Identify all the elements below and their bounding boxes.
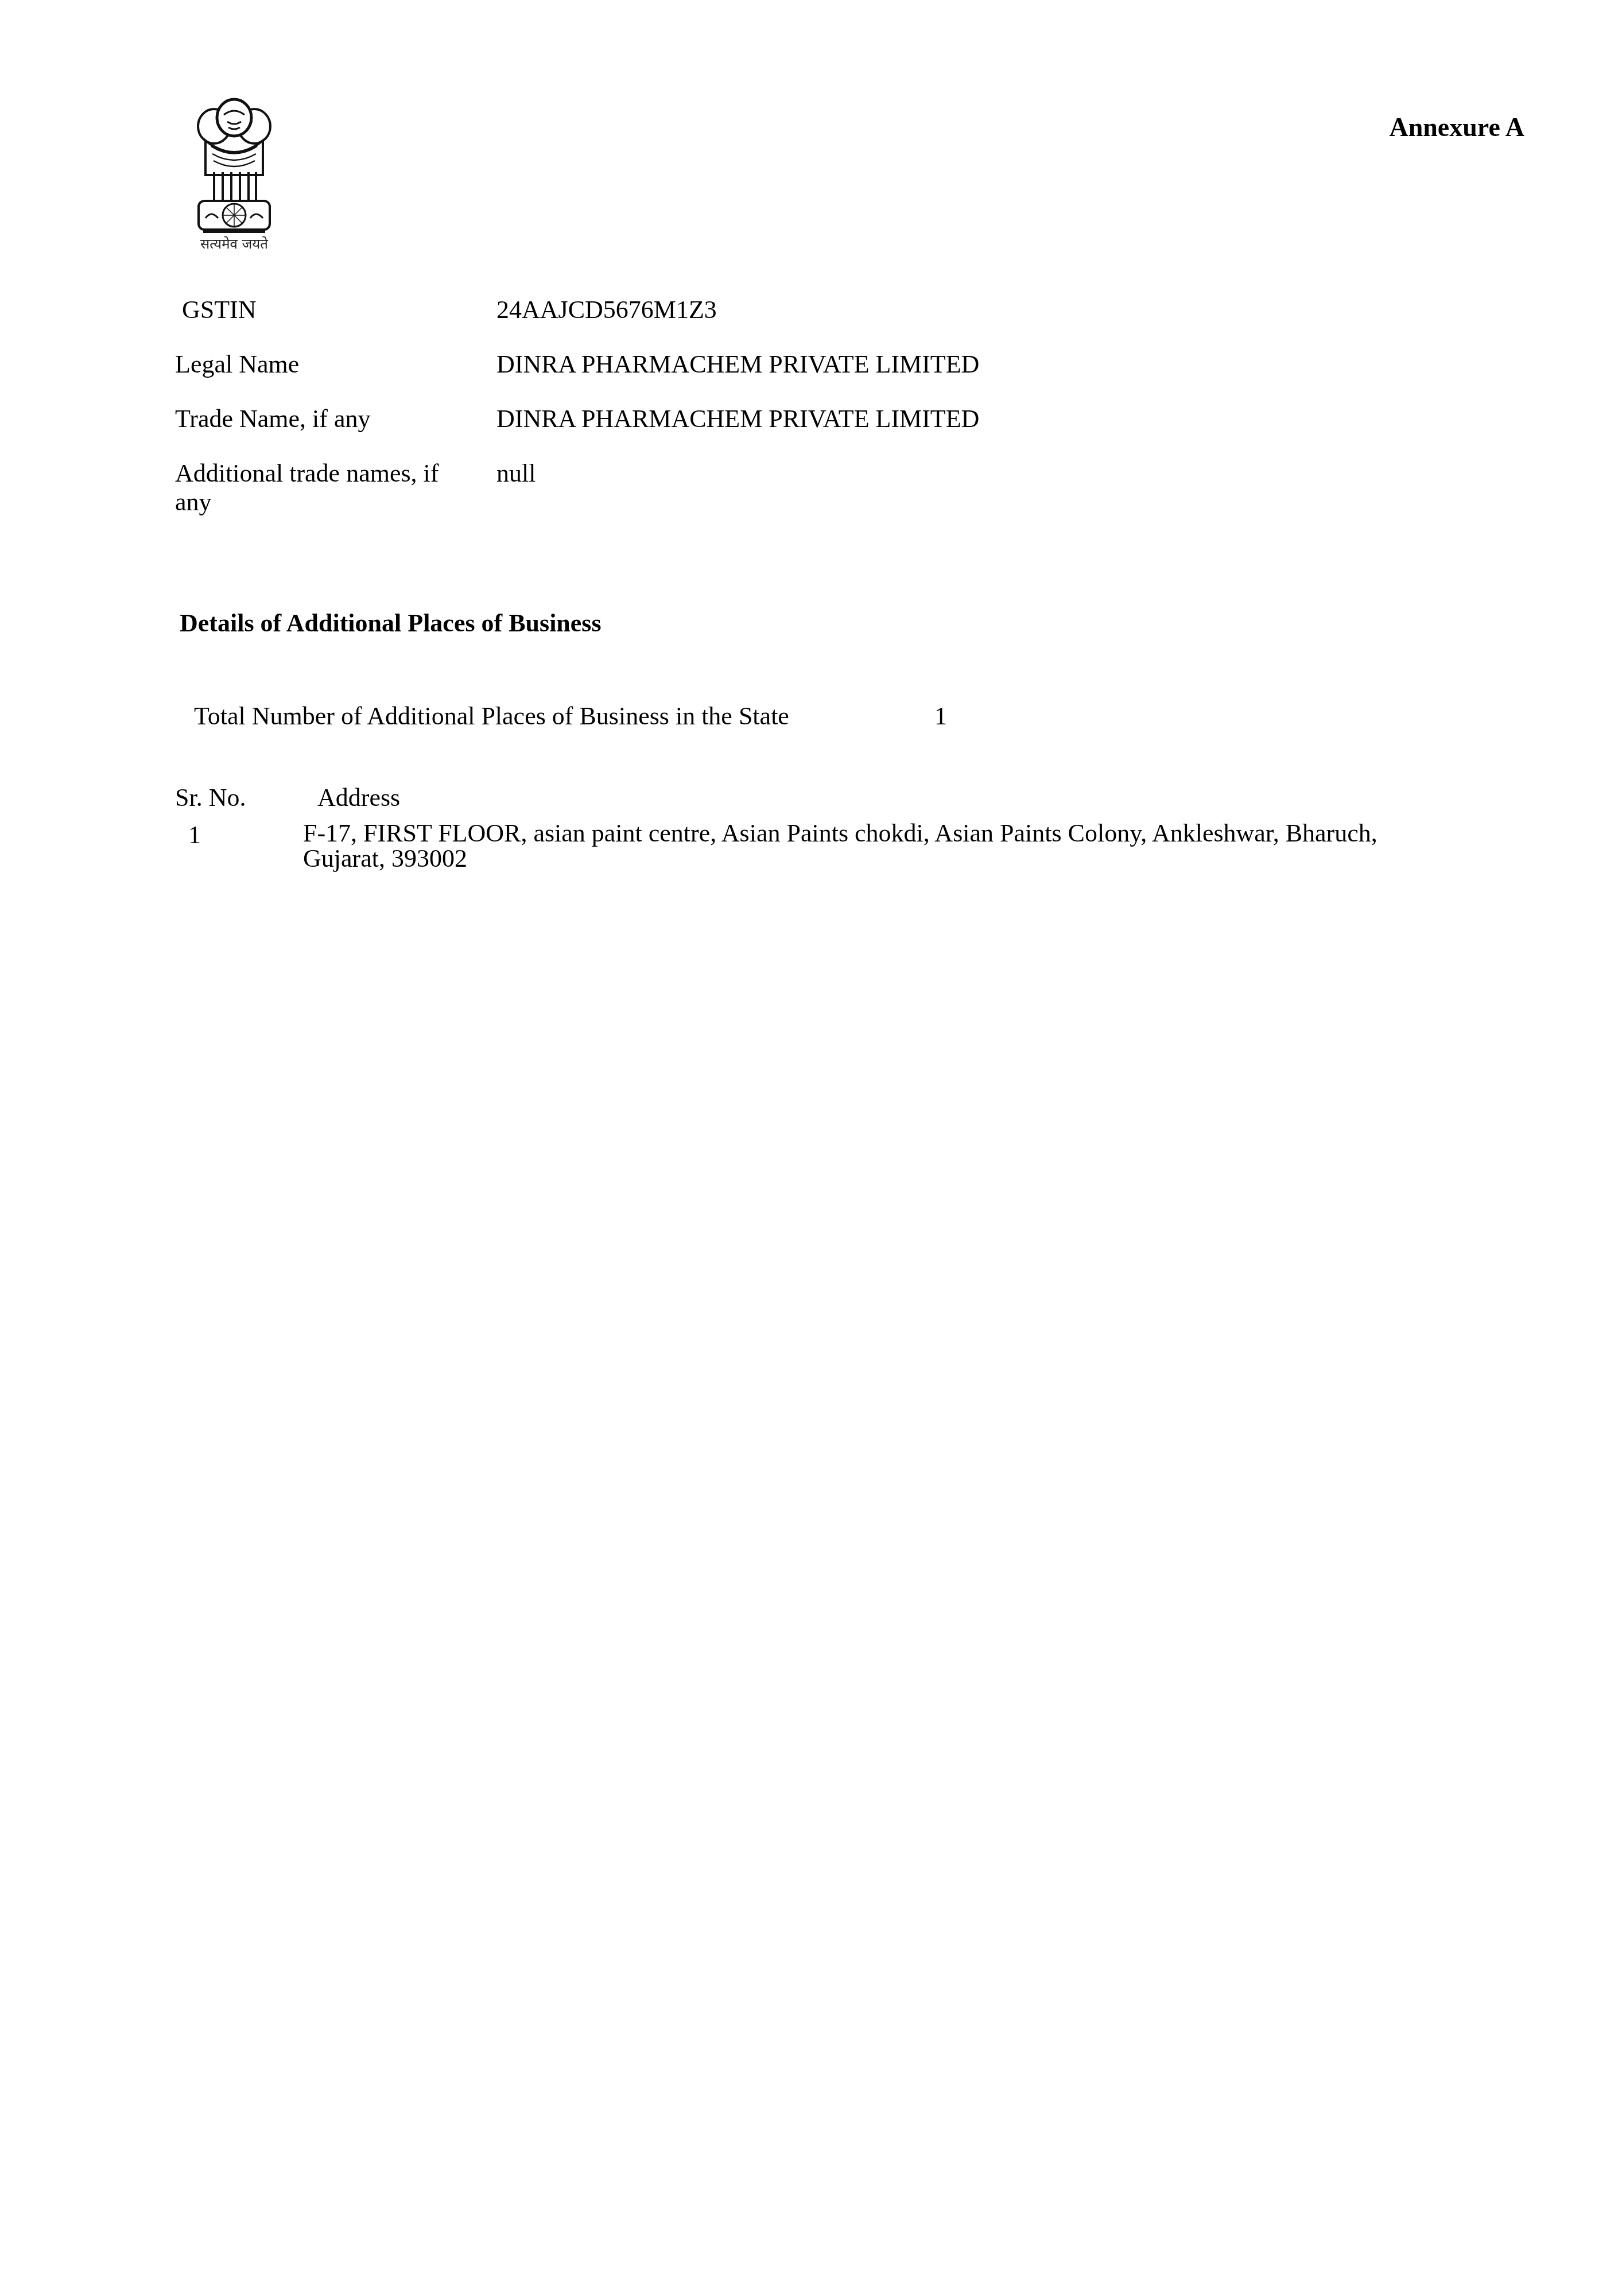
field-label: Legal Name [175, 350, 474, 379]
total-places-label: Total Number of Additional Places of Bus… [194, 701, 789, 731]
column-header-address: Address [317, 783, 400, 812]
emblem-motto: सत्यमेव जयते [183, 234, 286, 253]
field-value: DINRA PHARMACHEM PRIVATE LIMITED [496, 405, 979, 433]
total-places-value: 1 [934, 701, 947, 731]
national-emblem: सत्यमेव जयते [183, 86, 286, 258]
field-value: null [496, 459, 536, 488]
section-title: Details of Additional Places of Business [180, 608, 602, 638]
field-value: DINRA PHARMACHEM PRIVATE LIMITED [496, 350, 979, 379]
field-label: Trade Name, if any [175, 405, 474, 433]
field-label: Additional trade names, if any [175, 459, 468, 517]
column-header-sr-no: Sr. No. [175, 783, 246, 812]
national-emblem-icon [183, 86, 286, 235]
annexure-title: Annexure A [1389, 112, 1524, 142]
row-sr-no: 1 [188, 821, 201, 850]
field-label: GSTIN [182, 296, 480, 324]
row-address: F-17, FIRST FLOOR, asian paint centre, A… [303, 821, 1422, 871]
field-value: 24AAJCD5676M1Z3 [496, 296, 717, 324]
